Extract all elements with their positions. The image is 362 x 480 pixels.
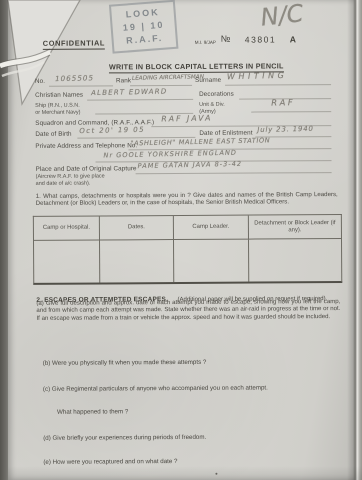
- capture-field-line: [136, 172, 332, 174]
- camps-table-cell-camp: [34, 240, 100, 282]
- no-label: No.: [35, 78, 45, 85]
- camps-table-header-leader: Camp Leader.: [174, 216, 249, 240]
- ref-prefix: M.I. 9/JAP: [195, 40, 216, 45]
- question-2a-text: (a) Give full description and approx. da…: [36, 298, 340, 322]
- rank-label: Rank: [116, 77, 131, 84]
- christian-names-field-line: [87, 99, 193, 101]
- capture-note-line1: (Aircrew R.A.F. to give place: [36, 173, 105, 179]
- surname-label: Surname: [195, 77, 221, 84]
- unit-div-label-line1: Unit & Div.: [199, 102, 225, 108]
- question-2e-text: (e) How were you recaptured and on what …: [43, 458, 177, 466]
- camps-table: Camp or Hospital. Dates. Camp Leader. De…: [33, 214, 342, 285]
- unit-div-value: RAF: [271, 98, 295, 109]
- date-of-enlistment-value: July 23. 1940: [257, 125, 314, 134]
- paper-bottom-shadow: [8, 466, 362, 480]
- decorations-label: Decorations: [199, 91, 234, 98]
- ship-label-line1: Ship (R.N., U.S.N.: [35, 103, 80, 109]
- camps-table-cell-detachment: [249, 239, 341, 282]
- capture-label: Place and Date of Original Capture: [36, 165, 137, 173]
- pencil-annotation: N/C: [259, 0, 305, 32]
- date-of-birth-value: Oct 20' 19 05: [79, 126, 145, 135]
- date-of-birth-label: Date of Birth: [35, 131, 71, 138]
- ref-series-letter: A: [290, 34, 296, 44]
- camps-table-header-camp: Camp or Hospital.: [34, 216, 100, 240]
- private-address-value-line2: Nr GOOLE YORKSHIRE ENGLAND: [103, 149, 237, 160]
- no-value: 1065505: [55, 73, 94, 83]
- squadron-value: RAF JAVA: [161, 113, 212, 123]
- date-of-enlistment-label: Date of Enlistment: [199, 130, 252, 137]
- private-address-value-line1: "ASHLEIGH" MALLENE EAST STATION: [130, 136, 270, 147]
- ref-number: 43801: [245, 34, 276, 44]
- camps-table-cell-leader: [174, 240, 249, 282]
- ship-label-line2: or Merchant Navy): [35, 110, 80, 116]
- question-2d-text: (d) Give briefly your experiences during…: [43, 434, 206, 442]
- christian-names-value: ALBERT EDWARD: [91, 87, 167, 97]
- raf-rubber-stamp-icon: LOOK 19 | 10 R.A.F.: [109, 0, 179, 54]
- paper-right-edge-crease: [347, 0, 362, 480]
- camps-table-cell-dates: [100, 240, 174, 282]
- camps-table-header-detachment: Detachment or Block Leader (if any).: [249, 215, 341, 240]
- capture-value: PAME GATAN JAVA 8-3-42: [137, 160, 242, 170]
- no-field-line: [49, 85, 113, 86]
- question-2c-followup-text: What happened to them ?: [57, 408, 128, 415]
- private-address-label: Private Address and Telephone No.: [35, 142, 137, 150]
- question-2c-text: (c) Give Regimental particulars of anyon…: [43, 384, 268, 392]
- scanned-form-photo: CONFIDENTIAL LOOK 19 | 10 R.A.F. M.I. 9/…: [0, 0, 362, 480]
- ref-no-symbol: №: [221, 34, 231, 44]
- camps-table-header-dates: Dates.: [100, 216, 174, 240]
- christian-names-label: Christian Names: [35, 92, 83, 99]
- rank-value: LEADING AIRCRAFTSMAN: [132, 74, 204, 82]
- question-2b-text: (b) Were you physically fit when you mad…: [43, 359, 207, 367]
- surname-field-line: [225, 84, 331, 86]
- rank-field-line: [130, 85, 192, 86]
- capture-note-line2: and date of a/c crash).: [36, 181, 91, 187]
- surname-value: WHITING: [227, 71, 287, 81]
- classification-marking: CONFIDENTIAL: [43, 38, 105, 49]
- form-content: CONFIDENTIAL LOOK 19 | 10 R.A.F. M.I. 9/…: [0, 0, 362, 480]
- unit-div-field-line: [251, 111, 331, 112]
- question-1-text: 1. What camps, detachments or hospitals …: [36, 191, 338, 207]
